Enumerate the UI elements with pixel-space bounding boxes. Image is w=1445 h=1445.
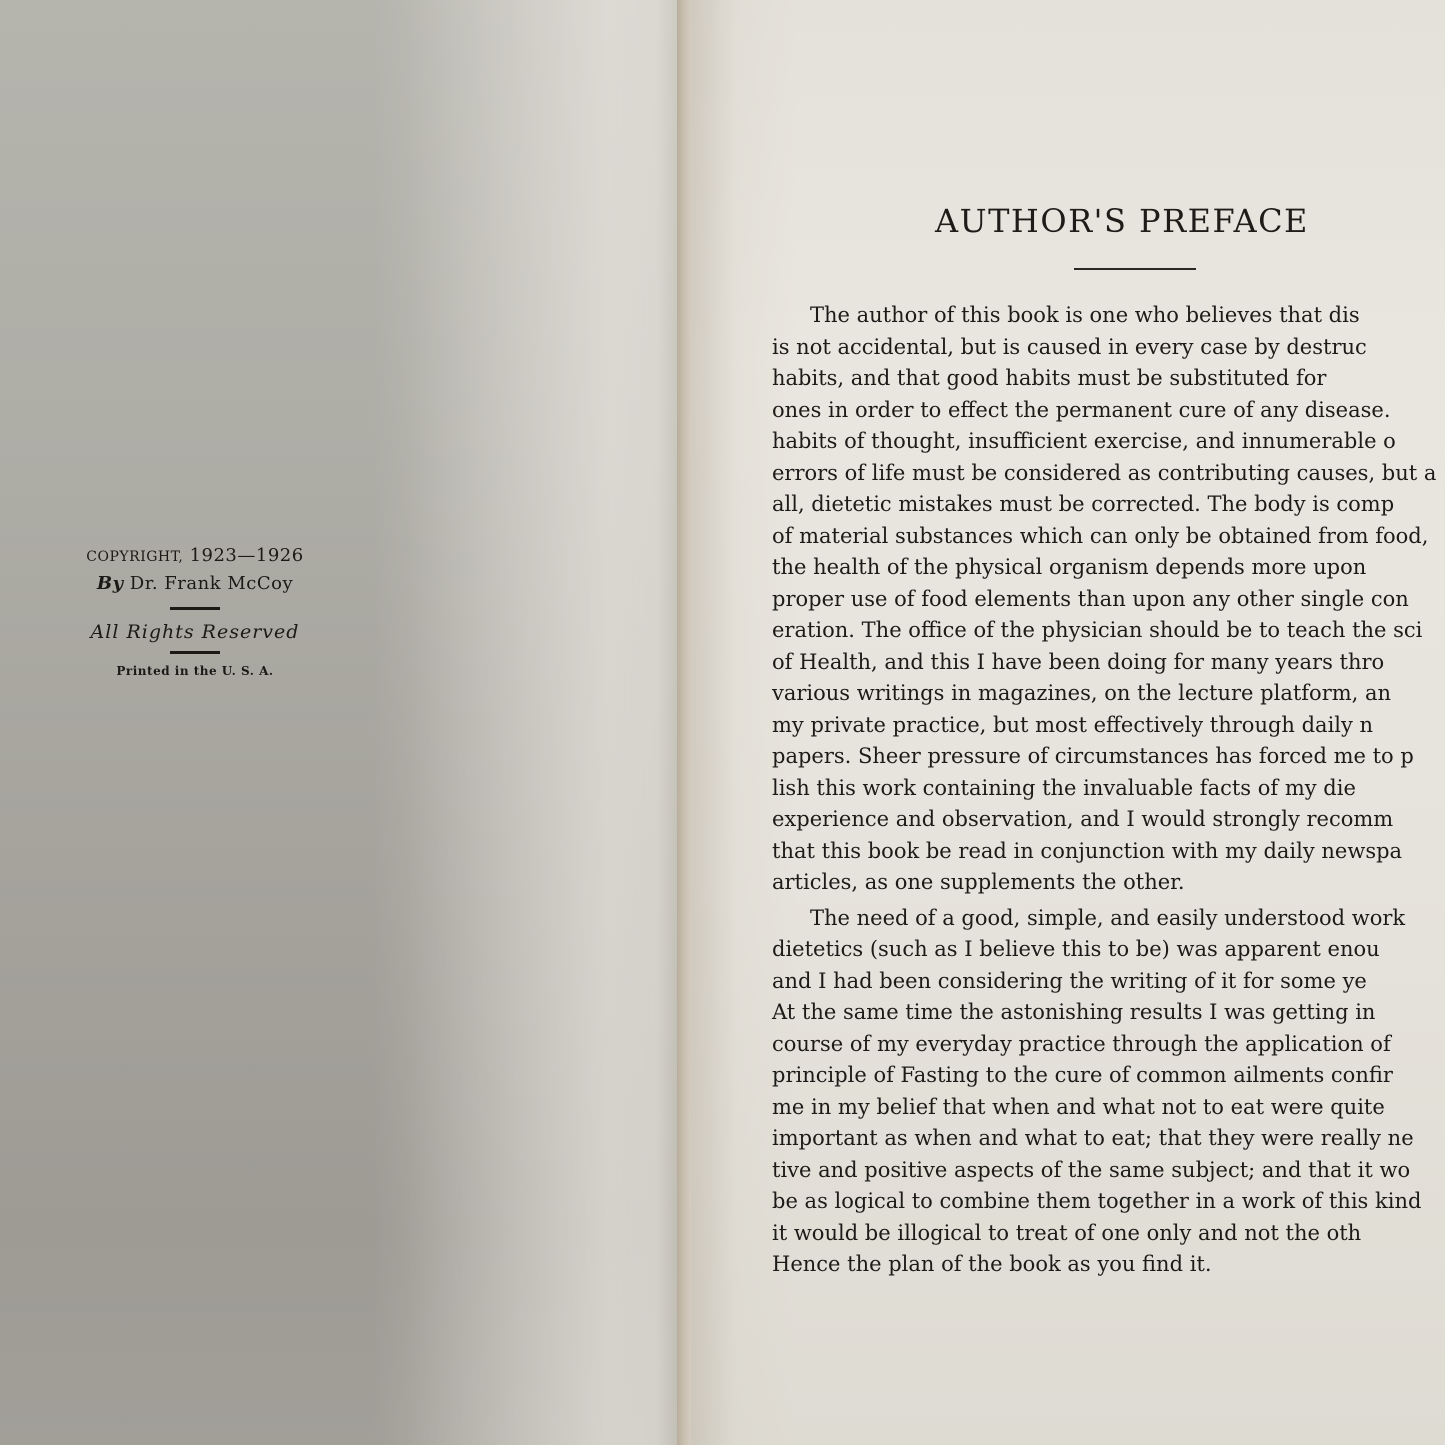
by-label: By — [97, 573, 124, 594]
text-line: be as logical to combine them together i… — [772, 1186, 1445, 1218]
all-rights-reserved: All Rights Reserved — [60, 620, 330, 644]
text-line: all, dietetic mistakes must be corrected… — [772, 489, 1445, 521]
text-line: errors of life must be considered as con… — [772, 458, 1445, 490]
text-line: dietetics (such as I believe this to be)… — [772, 934, 1445, 966]
text-line: The author of this book is one who belie… — [772, 300, 1445, 332]
text-line: proper use of food elements than upon an… — [772, 584, 1445, 616]
printed-in-notice: Printed in the U. S. A. — [60, 662, 330, 680]
text-line: lish this work containing the invaluable… — [772, 773, 1445, 805]
preface-body: The author of this book is one who belie… — [772, 300, 1445, 1285]
text-line: eration. The office of the physician sho… — [772, 615, 1445, 647]
paragraph-1: The author of this book is one who belie… — [772, 300, 1445, 899]
title-divider — [1074, 268, 1196, 270]
text-line: habits, and that good habits must be sub… — [772, 363, 1445, 395]
author-line: By Dr. Frank McCoy — [60, 570, 330, 598]
page-title: AUTHOR'S PREFACE — [935, 202, 1335, 240]
text-line: that this book be read in conjunction wi… — [772, 836, 1445, 868]
text-line: At the same time the astonishing results… — [772, 997, 1445, 1029]
text-line: articles, as one supplements the other. — [772, 867, 1445, 899]
copyright-line: COPYRIGHT, 1923—1926 — [60, 543, 330, 570]
copyright-label: COPYRIGHT, — [86, 549, 183, 565]
text-line: habits of thought, insufficient exercise… — [772, 426, 1445, 458]
text-line: of material substances which can only be… — [772, 521, 1445, 553]
copyright-block: COPYRIGHT, 1923—1926 By Dr. Frank McCoy … — [60, 543, 330, 680]
left-page — [0, 0, 677, 1445]
copyright-years: 1923—1926 — [190, 545, 304, 566]
author-name: Dr. Frank McCoy — [130, 573, 293, 594]
text-line: my private practice, but most effectivel… — [772, 710, 1445, 742]
text-line: papers. Sheer pressure of circumstances … — [772, 741, 1445, 773]
open-book-spread: COPYRIGHT, 1923—1926 By Dr. Frank McCoy … — [0, 0, 1445, 1445]
text-line: important as when and what to eat; that … — [772, 1123, 1445, 1155]
text-line: course of my everyday practice through t… — [772, 1029, 1445, 1061]
text-line: various writings in magazines, on the le… — [772, 678, 1445, 710]
text-line: experience and observation, and I would … — [772, 804, 1445, 836]
copyright-divider — [170, 607, 220, 610]
text-line: it would be illogical to treat of one on… — [772, 1218, 1445, 1250]
text-line: of Health, and this I have been doing fo… — [772, 647, 1445, 679]
text-line: ones in order to effect the permanent cu… — [772, 395, 1445, 427]
text-line: Hence the plan of the book as you find i… — [772, 1249, 1445, 1281]
text-line: the health of the physical organism depe… — [772, 552, 1445, 584]
rights-divider — [170, 651, 220, 654]
paragraph-2: The need of a good, simple, and easily u… — [772, 903, 1445, 1281]
text-line: me in my belief that when and what not t… — [772, 1092, 1445, 1124]
text-line: is not accidental, but is caused in ever… — [772, 332, 1445, 364]
text-line: tive and positive aspects of the same su… — [772, 1155, 1445, 1187]
book-gutter — [677, 0, 691, 1445]
text-line: The need of a good, simple, and easily u… — [772, 903, 1445, 935]
text-line: principle of Fasting to the cure of comm… — [772, 1060, 1445, 1092]
text-line: and I had been considering the writing o… — [772, 966, 1445, 998]
